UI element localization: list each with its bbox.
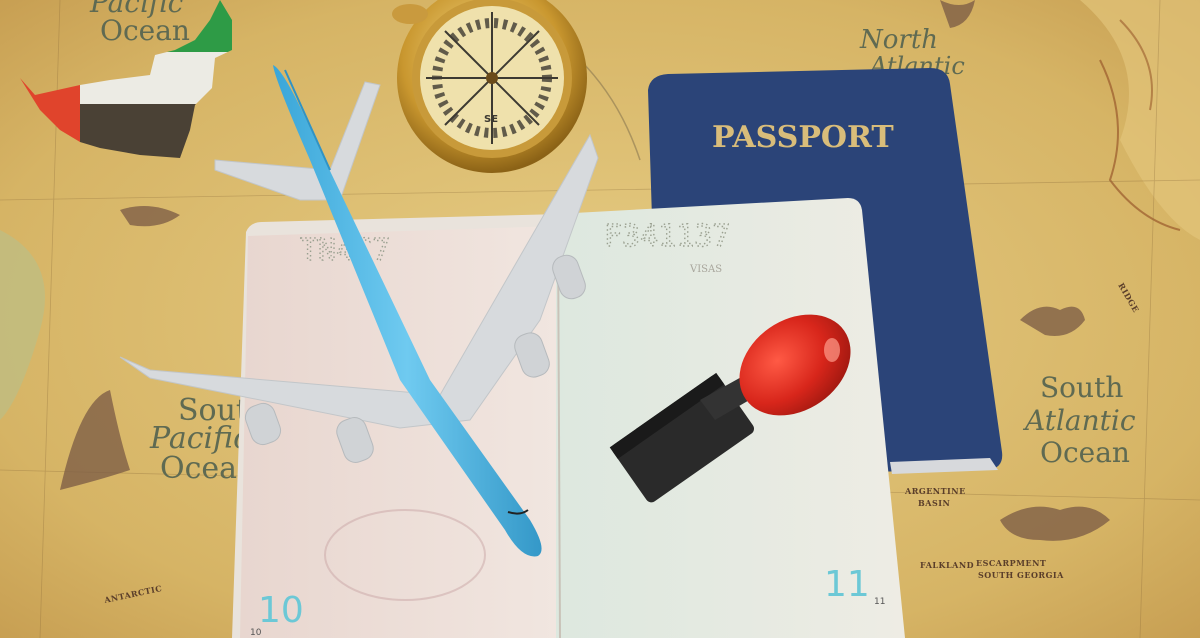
label-basin: BASIN (918, 498, 950, 508)
right-page-number: 11 (824, 564, 870, 605)
label-south-atlantic-3: Ocean (1040, 436, 1130, 469)
left-page-number: 10 (258, 590, 304, 631)
passport-cover-title: PASSPORT (712, 120, 894, 155)
left-page-small-number: 10 (250, 628, 262, 638)
label-argentine: ARGENTINE (904, 486, 966, 496)
compass-marking: SE (484, 114, 498, 125)
travel-flat-lay-scene: Pacific Ocean North Atlantic South Pacif… (0, 0, 1200, 638)
label-north: North (859, 25, 938, 55)
right-page-small-number: 11 (874, 597, 885, 607)
label-south-atlantic-2: Atlantic (1022, 404, 1136, 437)
visas-header: VISAS (689, 264, 722, 275)
label-falkland: FALKLAND (920, 560, 974, 570)
perforated-passport-number: F341137 (604, 219, 730, 254)
label-ocean-top: Ocean (100, 14, 190, 47)
label-south-atlantic-1: South (1040, 371, 1123, 404)
label-south-georgia: SOUTH GEORGIA (978, 570, 1064, 580)
label-escarpment: ESCARPMENT (976, 558, 1046, 568)
